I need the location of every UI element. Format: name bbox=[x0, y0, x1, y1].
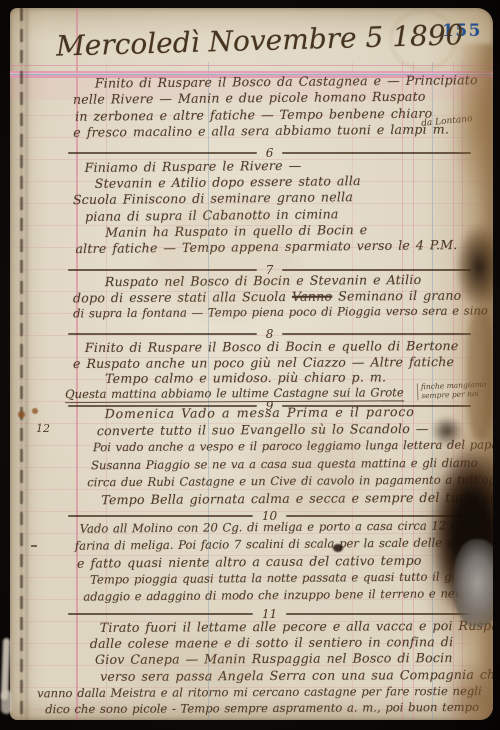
rust-spot bbox=[32, 408, 38, 414]
entry-section-10: Vado all Molino con 20 Cg. di meliga e p… bbox=[65, 517, 482, 606]
entry-section-11: Tirato fuori il lettame alle pecore e al… bbox=[65, 618, 482, 717]
binding-shadow bbox=[25, 8, 30, 720]
handwritten-line: di supra la fontana — Tempo piena poco d… bbox=[65, 303, 481, 322]
entry-section-6: Finiamo di Ruspare le Rivere — Stevanin … bbox=[65, 156, 482, 257]
handwritten-line: e Ruspato anche un poco giù nel Ciazzo —… bbox=[65, 353, 481, 371]
margin-note: 12 bbox=[36, 422, 50, 435]
divider-line bbox=[68, 333, 257, 335]
handwritten-line: e fresco macalino e alla sera abbiamo tu… bbox=[65, 121, 481, 141]
divider-line bbox=[282, 152, 471, 154]
divider-line bbox=[68, 613, 253, 615]
handwritten-line: Finito di Ruspare il Bosco di Bocin e qu… bbox=[65, 338, 481, 356]
divider-line bbox=[282, 333, 471, 335]
divider-line bbox=[286, 613, 471, 615]
divider-line bbox=[68, 515, 253, 517]
entry-section-8: Finito di Ruspare il Bosco di Bocin e qu… bbox=[65, 338, 481, 402]
diary-page: 155 Mercoledì Novembre 5 1890 Finito di … bbox=[10, 8, 493, 720]
ink-blot bbox=[333, 544, 343, 552]
entry-section-5: Finito di Ruspare il Bosco da Castagnea … bbox=[65, 72, 482, 141]
entry-section-7: Ruspato nel Bosco di Bocin e Stevanin e … bbox=[65, 272, 481, 322]
ink-dots bbox=[31, 545, 37, 547]
rust-spot bbox=[18, 411, 25, 418]
divider-line bbox=[68, 152, 257, 154]
side-note: finche mangiamosempre per noi bbox=[417, 381, 487, 401]
handwritten-line: dico che sono picole - Tempo sempre aspr… bbox=[45, 699, 481, 717]
date-heading: Mercoledì Novembre 5 1890 bbox=[56, 18, 464, 62]
struck-word: Vanno bbox=[292, 288, 332, 303]
handwritten-line: verso sera passa Angela Serra con una su… bbox=[65, 666, 481, 684]
divider-line bbox=[282, 269, 471, 271]
divider-line bbox=[68, 269, 257, 271]
side-note-line: sempre per noi bbox=[421, 388, 479, 399]
handwritten-line: Giov Canepa — Manin Ruspaggia nel Bosco … bbox=[65, 650, 481, 668]
photo-background: 155 Mercoledì Novembre 5 1890 Finito di … bbox=[0, 0, 500, 730]
handwritten-line: Tempo Bella giornata calma e secca e sem… bbox=[65, 488, 481, 508]
line-text: dopo di essere stati alla Scuola bbox=[73, 289, 292, 306]
handwritten-line: altre fatiche — Tempo appena sparmiato v… bbox=[65, 237, 481, 258]
handwritten-line: adaggio e adaggino di modo che inzuppo b… bbox=[65, 585, 481, 606]
binding-stitches bbox=[20, 8, 23, 720]
page-edge-sliver bbox=[1, 690, 12, 714]
line-text: Seminano il grano bbox=[332, 287, 461, 303]
header-rule-thin bbox=[10, 65, 493, 66]
entry-section-9: Domenica Vado a messa Prima e il paroco … bbox=[65, 403, 482, 509]
